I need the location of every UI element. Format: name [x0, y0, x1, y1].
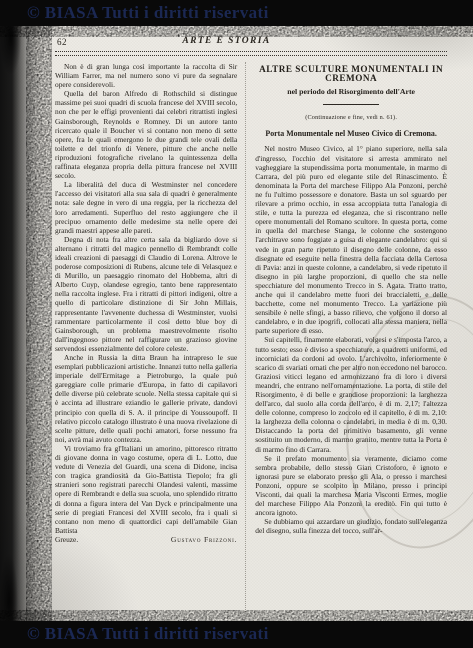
- article-paragraph: Se il prefato monumento sia veramente, d…: [255, 454, 447, 518]
- article-paragraph: Degna di nota fra altre certa sala da bi…: [55, 235, 237, 353]
- article-columns: Non è di gran lunga così importante la r…: [55, 62, 447, 612]
- continuation-note: (Continuazione e fine, vedi n. 61).: [255, 113, 447, 122]
- left-column: Non è di gran lunga così importante la r…: [55, 62, 245, 612]
- author-signature: Gustavo Frizzoni.: [171, 535, 237, 544]
- article-paragraph: Nel nostro Museo Civico, al 1° piano sup…: [255, 144, 447, 335]
- scanned-journal-page: { "watermark": { "top_text": "© BIASA Tu…: [0, 0, 473, 648]
- closing-word: Greuze.: [55, 535, 78, 544]
- article-paragraph: Sui capitelli, finamente elaborati, volg…: [255, 335, 447, 453]
- article-closing-line: Greuze. Gustavo Frizzoni.: [55, 535, 237, 544]
- biasa-watermark-top: © BIASA Tutti i diritti riservati: [27, 3, 269, 23]
- journal-title: ARTE E STORIA: [0, 36, 453, 46]
- article-paragraph: Se dubbiamo qui azzardare un giudizio, f…: [255, 517, 447, 535]
- article-paragraph: La liberalità del duca di Westminster ne…: [55, 180, 237, 235]
- header-double-dotted-rule: [55, 51, 447, 56]
- right-column: ALTRE SCULTURE MONUMENTALI IN CREMONA ne…: [245, 62, 447, 612]
- article-paragraph: Non è di gran lunga così importante la r…: [55, 62, 237, 89]
- section-heading: Porta Monumentale nel Museo Civico di Cr…: [255, 129, 447, 138]
- article-paragraph: Vi troviamo fra gl'Italiani un amorino, …: [55, 444, 237, 535]
- title-rule: [323, 104, 379, 105]
- article-subtitle: nel periodo del Risorgimento dell'Arte: [255, 87, 447, 96]
- article-paragraph: Anche in Russia la ditta Braun ha intrap…: [55, 353, 237, 444]
- biasa-watermark-bottom: © BIASA Tutti i diritti riservati: [27, 624, 269, 644]
- article-paragraph: Quella del baron Alfredo di Rothschild s…: [55, 89, 237, 180]
- article-title: ALTRE SCULTURE MONUMENTALI IN CREMONA: [255, 65, 447, 83]
